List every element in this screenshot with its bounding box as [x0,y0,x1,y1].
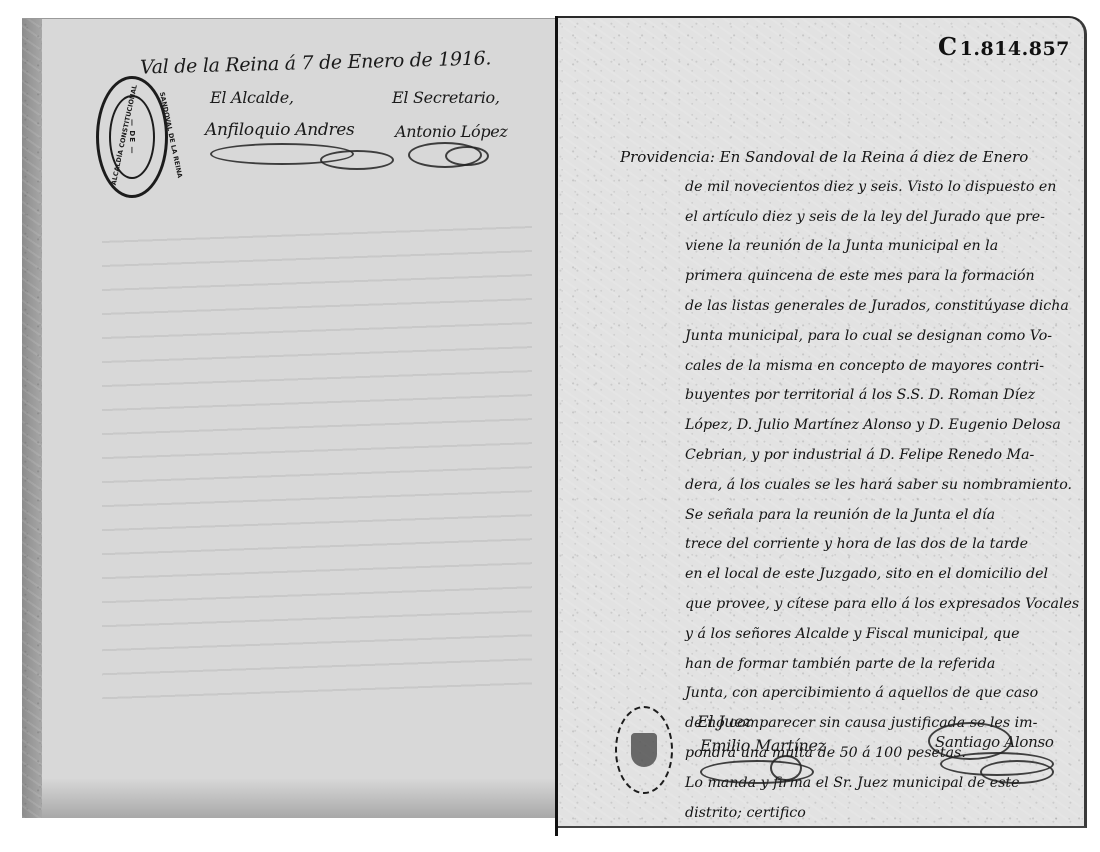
providencia-body: Providencia: En Sandoval de la Reina á d… [620,143,1080,828]
serial-prefix: C [938,32,958,61]
coat-of-arms-icon [631,733,657,767]
juez-signature: Emilio Martínez [700,736,826,755]
body-line: de mil novecientos diez y seis. Visto lo… [620,173,1080,203]
body-line: viene la reunión de la Junta municipal e… [620,232,1080,262]
body-line: Se señala para la reunión de la Junta el… [620,501,1080,531]
serial-digits: 1.814.857 [960,38,1070,60]
page-gutter-divider [555,16,558,836]
alcalde-signature: Anfiloquio Andres [205,120,354,140]
body-line: Junta, con apercibimiento á aquellos de … [620,679,1080,709]
body-line: trece del corriente y hora de las dos de… [620,530,1080,560]
body-line: y á los señores Alcalde y Fiscal municip… [620,620,1080,650]
body-line: López, D. Julio Martínez Alonso y D. Eug… [620,411,1080,441]
body-line: han de formar también parte de la referi… [620,650,1080,680]
secretario-role-label: El Secretario, [392,88,500,107]
body-line: distrito; certifico [620,799,1080,829]
alcalde-signature-loop-icon [320,150,394,170]
body-line: Junta municipal, para lo cual se designa… [620,322,1080,352]
secretario-juzgado-loop2-icon [980,760,1054,784]
document-scan: Val de la Reina á 7 de Enero de 1916. El… [0,0,1100,852]
body-line: Providencia: En Sandoval de la Reina á d… [620,143,1080,173]
body-line: en el local de este Juzgado, sito en el … [620,560,1080,590]
body-line: cales de la misma en concepto de mayores… [620,352,1080,382]
body-line: Cebrian, y por industrial á D. Felipe Re… [620,441,1080,471]
juez-signature-loop-icon [770,755,802,781]
secretario-signature-loop-icon [445,146,489,166]
body-line: que provee, y cítese para ello á los exp… [620,590,1080,620]
body-line: primera quincena de este mes para la for… [620,262,1080,292]
body-line: buyentes por territorial á los S.S. D. R… [620,381,1080,411]
juez-role-label: El Juez [697,712,751,731]
alcaldia-seal-icon: ALCALDÍA CONSTITUCIONAL SANDOVAL DE LA R… [96,76,168,198]
alcalde-role-label: El Alcalde, [210,88,294,107]
serial-number: C1.814.857 [938,32,1070,61]
body-line: dera, á los cuales se les hará saber su … [620,471,1080,501]
secretario-signature: Antonio López [395,122,508,141]
juzgado-municipal-seal-icon [615,706,673,794]
body-line: de las listas generales de Jurados, cons… [620,292,1080,322]
body-line: el artículo diez y seis de la ley del Ju… [620,203,1080,233]
bleed-through-text [102,219,532,699]
